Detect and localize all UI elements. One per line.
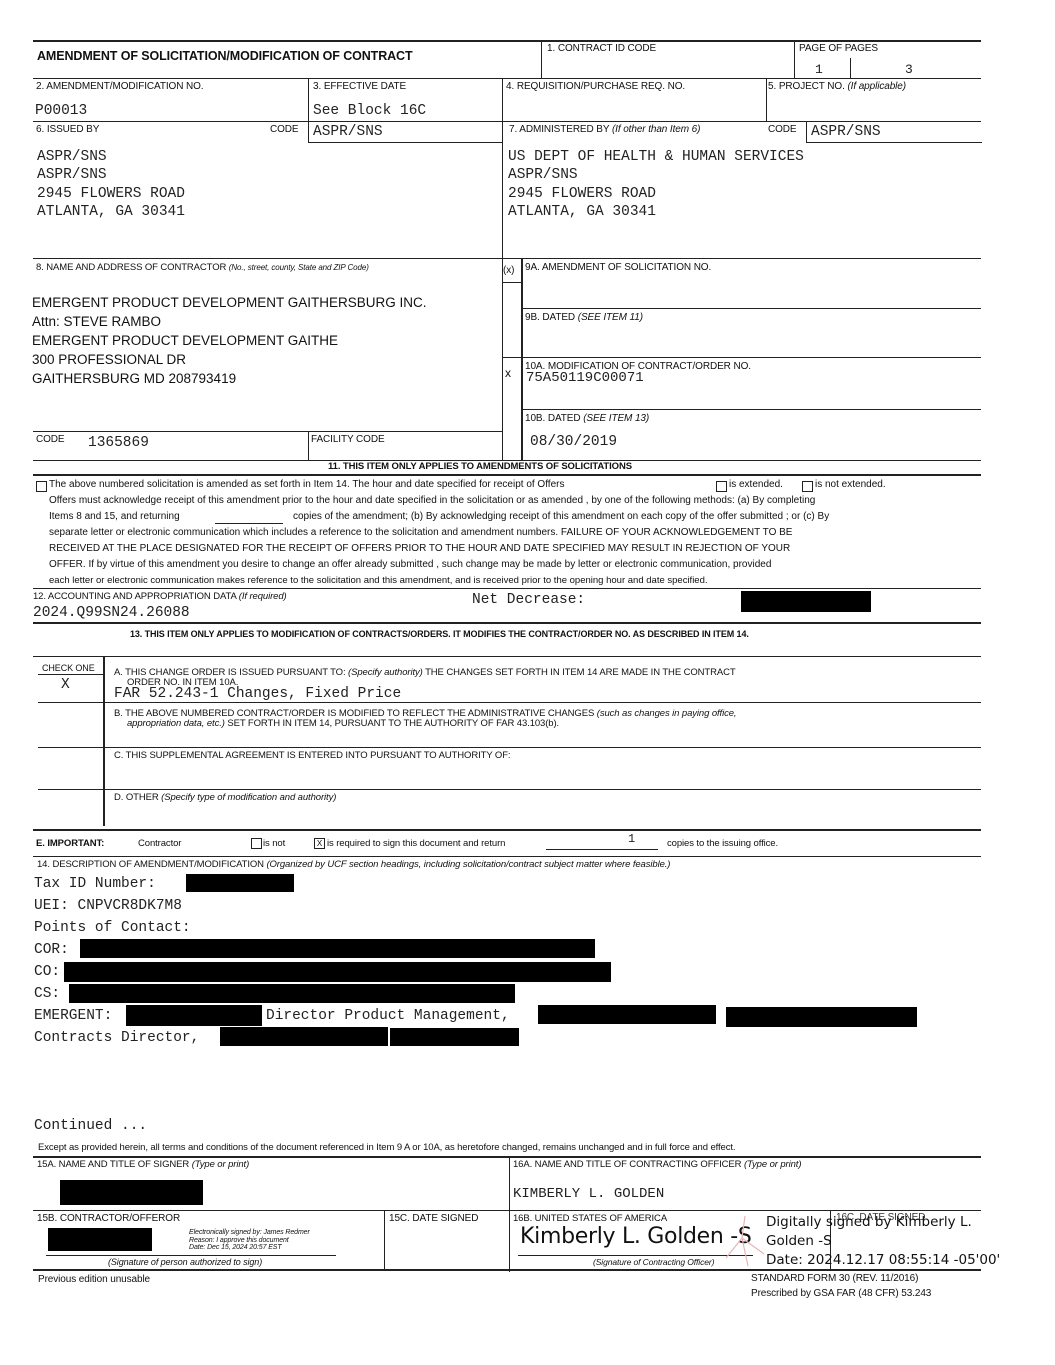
digital-sig-line: Golden -S bbox=[766, 1232, 1000, 1251]
contractor-code-label: CODE bbox=[36, 434, 65, 445]
box16a-value: KIMBERLY L. GOLDEN bbox=[513, 1186, 664, 1202]
is-not-label: is not bbox=[263, 838, 285, 849]
signature-line bbox=[518, 1255, 753, 1256]
not-extended-label: is not extended. bbox=[815, 477, 886, 493]
digital-signature-block: Digitally signed by Kimberly L. Golden -… bbox=[766, 1213, 1000, 1270]
rule bbox=[33, 622, 981, 624]
rule bbox=[33, 829, 981, 831]
rule bbox=[38, 747, 981, 748]
redacted-cs bbox=[69, 984, 515, 1003]
top-rule bbox=[33, 40, 981, 42]
previous-edition-note: Previous edition unusable bbox=[38, 1274, 150, 1285]
rule bbox=[33, 258, 981, 259]
divider bbox=[509, 1157, 510, 1272]
box10a-check: x bbox=[505, 366, 511, 380]
digital-sig-line: Digitally signed by Kimberly L. bbox=[766, 1213, 1000, 1232]
emergent-label: EMERGENT: bbox=[34, 1008, 112, 1024]
item11-line: Items 8 and 15, and returning bbox=[49, 509, 180, 525]
is-required-label: is required to sign this document and re… bbox=[327, 838, 505, 849]
except-text: Except as provided herein, all terms and… bbox=[38, 1142, 735, 1153]
address-line: ASPR/SNS bbox=[37, 166, 185, 184]
emergent-title: Director Product Management, bbox=[266, 1008, 510, 1024]
rule bbox=[33, 431, 502, 432]
is-required-checkbox[interactable]: X bbox=[314, 838, 325, 849]
copies-value: 1 bbox=[628, 832, 635, 846]
copies-blank bbox=[546, 849, 658, 850]
check-one-label: CHECK ONE bbox=[42, 663, 95, 673]
item11-line: Offers must acknowledge receipt of this … bbox=[49, 493, 815, 509]
contractor-code-value: 1365869 bbox=[88, 435, 149, 451]
cs-label: CS: bbox=[34, 986, 60, 1002]
redacted-contracts-director bbox=[220, 1027, 388, 1046]
rule bbox=[33, 856, 981, 857]
box16a-label: 16A. NAME AND TITLE OF CONTRACTING OFFIC… bbox=[513, 1159, 801, 1170]
rule bbox=[502, 357, 981, 358]
divider bbox=[308, 78, 309, 122]
copies-suffix: copies to the issuing office. bbox=[667, 838, 778, 849]
rule bbox=[38, 789, 981, 790]
item11-line: each letter or electronic communication … bbox=[49, 573, 708, 589]
signature-watermark-icon bbox=[720, 1208, 770, 1270]
box10a-value: 75A50119C00071 bbox=[526, 370, 644, 386]
address-line: 300 PROFESSIONAL DR bbox=[32, 350, 427, 369]
signature-line bbox=[46, 1255, 336, 1256]
page-number: 1 bbox=[815, 62, 823, 77]
box9b-label: 9B. DATED (SEE ITEM 11) bbox=[525, 312, 643, 323]
box16b-caption: (Signature of Contracting Officer) bbox=[593, 1257, 714, 1267]
digital-sig-line: Date: 2024.12.17 08:55:14 -05'00' bbox=[766, 1251, 1000, 1270]
rule bbox=[522, 308, 981, 309]
box7-code-label: CODE bbox=[768, 124, 797, 135]
address-line: US DEPT OF HEALTH & HUMAN SERVICES bbox=[508, 148, 804, 166]
rule bbox=[33, 78, 981, 79]
divider bbox=[308, 431, 309, 461]
facility-code-label: FACILITY CODE bbox=[311, 434, 385, 445]
item11-line: copies of the amendment; (b) By acknowle… bbox=[293, 509, 829, 525]
check-a-mark[interactable]: X bbox=[61, 677, 70, 693]
prescribed-by: Prescribed by GSA FAR (48 CFR) 53.243 bbox=[751, 1288, 931, 1299]
rule bbox=[33, 588, 981, 589]
rule bbox=[33, 474, 981, 476]
item11-line: The above numbered solicitation is amend… bbox=[49, 477, 564, 493]
address-line: Attn: STEVE RAMBO bbox=[32, 312, 427, 331]
item13-header: 13. THIS ITEM ONLY APPLIES TO MODIFICATI… bbox=[130, 629, 749, 639]
item13c: C. THIS SUPPLEMENTAL AGREEMENT IS ENTERE… bbox=[114, 750, 510, 761]
sf-number: STANDARD FORM 30 (REV. 11/2016) bbox=[751, 1273, 918, 1284]
redacted-cor bbox=[80, 939, 595, 958]
divider bbox=[384, 1210, 385, 1270]
divider bbox=[502, 78, 503, 122]
item13b-line2: appropriation data, etc.) SET FORTH IN I… bbox=[127, 718, 559, 729]
box6-code-value: ASPR/SNS bbox=[313, 124, 383, 140]
rule bbox=[522, 409, 981, 410]
rule bbox=[33, 1156, 981, 1158]
item11-line: OFFER. If by virtue of this amendment yo… bbox=[49, 557, 771, 573]
co-label: CO: bbox=[34, 964, 60, 980]
center-divider bbox=[502, 121, 503, 461]
box3-value: See Block 16C bbox=[313, 103, 426, 119]
box16b-label: 16B. UNITED STATES OF AMERICA bbox=[513, 1213, 667, 1224]
box10b-label: 10B. DATED (SEE ITEM 13) bbox=[525, 413, 649, 424]
is-not-checkbox[interactable] bbox=[251, 838, 262, 849]
contracting-officer-signature: Kimberly L. Golden -S bbox=[520, 1224, 752, 1249]
box5-label: 5. PROJECT NO. (If applicable) bbox=[768, 81, 906, 92]
box4-label: 4. REQUISITION/PURCHASE REQ. NO. bbox=[506, 81, 685, 92]
rule bbox=[33, 1269, 981, 1271]
redacted-signer-name bbox=[60, 1180, 203, 1205]
item11-line: RECEIVED AT THE PLACE DESIGNATED FOR THE… bbox=[49, 541, 790, 557]
box7-label: 7. ADMINISTERED BY (If other than Item 6… bbox=[509, 124, 700, 135]
rule bbox=[38, 674, 103, 675]
rule bbox=[38, 702, 981, 703]
page-of-pages-label: PAGE OF PAGES bbox=[799, 43, 878, 54]
tax-id-label: Tax ID Number: bbox=[34, 876, 156, 892]
box12-value: 2024.Q99SN24.26088 bbox=[33, 605, 190, 621]
address-line: EMERGENT PRODUCT DEVELOPMENT GAITHERSBUR… bbox=[32, 293, 427, 312]
redacted-emergent-name bbox=[126, 1005, 262, 1026]
address-line: ASPR/SNS bbox=[37, 148, 185, 166]
rule bbox=[33, 1210, 981, 1211]
total-pages: 3 bbox=[905, 62, 913, 77]
address-line: ATLANTA, GA 30341 bbox=[508, 203, 804, 221]
box10b-value: 08/30/2019 bbox=[530, 434, 617, 450]
address-line: GAITHERSBURG MD 208793419 bbox=[32, 369, 427, 388]
address-line: ATLANTA, GA 30341 bbox=[37, 203, 185, 221]
box7-address: US DEPT OF HEALTH & HUMAN SERVICES ASPR/… bbox=[508, 148, 804, 221]
form-title: AMENDMENT OF SOLICITATION/MODIFICATION O… bbox=[37, 49, 413, 63]
box15b-caption: (Signature of person authorized to sign) bbox=[108, 1257, 262, 1267]
contractor-esignature: Electronically signed by: James Redmer R… bbox=[189, 1229, 310, 1252]
item13a-value: FAR 52.243-1 Changes, Fixed Price bbox=[114, 686, 401, 702]
rule bbox=[502, 282, 522, 283]
item11-line: separate letter or electronic communicat… bbox=[49, 525, 792, 541]
box9a-label: 9A. AMENDMENT OF SOLICITATION NO. bbox=[525, 262, 711, 273]
box2-value: P00013 bbox=[35, 103, 87, 119]
box6-code-label: CODE bbox=[270, 124, 299, 135]
not-extended-checkbox[interactable] bbox=[802, 481, 813, 492]
x-column-label: (x) bbox=[503, 265, 514, 276]
extended-checkbox[interactable] bbox=[716, 481, 727, 492]
box15c-label: 15C. DATE SIGNED bbox=[389, 1213, 478, 1224]
redacted-co bbox=[64, 962, 611, 982]
address-line: ASPR/SNS bbox=[508, 166, 804, 184]
redacted-emergent-contact-2 bbox=[726, 1007, 917, 1027]
net-decrease-label: Net Decrease: bbox=[472, 592, 585, 608]
box6-label: 6. ISSUED BY bbox=[36, 124, 99, 135]
redacted-contractor-signature bbox=[48, 1228, 152, 1251]
box15a-label: 15A. NAME AND TITLE OF SIGNER (Type or p… bbox=[37, 1159, 249, 1170]
rule bbox=[33, 656, 981, 657]
redacted-tax-id bbox=[186, 874, 294, 892]
divider bbox=[541, 41, 542, 78]
box8-label: 8. NAME AND ADDRESS OF CONTRACTOR (No., … bbox=[36, 262, 369, 273]
item11-amended-checkbox[interactable] bbox=[36, 481, 47, 492]
box8-address: EMERGENT PRODUCT DEVELOPMENT GAITHERSBUR… bbox=[32, 293, 427, 388]
uei-line: UEI: CNPVCR8DK7M8 bbox=[34, 898, 182, 914]
contracts-director-label: Contracts Director, bbox=[34, 1030, 199, 1046]
redacted-amount bbox=[741, 591, 871, 612]
poc-label: Points of Contact: bbox=[34, 920, 191, 936]
box12-label: 12. ACCOUNTING AND APPROPRIATION DATA (I… bbox=[33, 591, 287, 602]
redacted-contracts-contact bbox=[390, 1028, 519, 1046]
important-contractor: Contractor bbox=[138, 838, 181, 849]
item11-header: 11. THIS ITEM ONLY APPLIES TO AMENDMENTS… bbox=[328, 461, 632, 472]
cor-label: COR: bbox=[34, 942, 69, 958]
box3-label: 3. EFFECTIVE DATE bbox=[313, 81, 406, 92]
contract-id-code-label: 1. CONTRACT ID CODE bbox=[547, 43, 656, 54]
box6-address: ASPR/SNS ASPR/SNS 2945 FLOWERS ROAD ATLA… bbox=[37, 148, 185, 221]
redacted-emergent-contact bbox=[538, 1005, 716, 1024]
address-line: EMERGENT PRODUCT DEVELOPMENT GAITHE bbox=[32, 331, 427, 350]
esig-line: Electronically signed by: James Redmer bbox=[189, 1229, 310, 1237]
item13d: D. OTHER (Specify type of modification a… bbox=[114, 792, 336, 803]
divider bbox=[521, 258, 523, 461]
divider bbox=[850, 58, 851, 78]
extended-label: is extended. bbox=[729, 477, 783, 493]
address-line: 2945 FLOWERS ROAD bbox=[37, 185, 185, 203]
esig-line: Reason: I approve this document bbox=[189, 1237, 310, 1245]
continued-label: Continued ... bbox=[34, 1118, 147, 1134]
important-label: E. IMPORTANT: bbox=[36, 838, 104, 849]
esig-line: Date: Dec 15, 2024 20:57 EST bbox=[189, 1244, 310, 1252]
box2-label: 2. AMENDMENT/MODIFICATION NO. bbox=[36, 81, 203, 92]
divider bbox=[766, 78, 767, 122]
box14-label: 14. DESCRIPTION OF AMENDMENT/MODIFICATIO… bbox=[37, 859, 670, 870]
address-line: 2945 FLOWERS ROAD bbox=[508, 185, 804, 203]
box15b-label: 15B. CONTRACTOR/OFFEROR bbox=[37, 1213, 180, 1224]
box7-code-value: ASPR/SNS bbox=[811, 124, 881, 140]
divider bbox=[794, 41, 795, 78]
check-column-divider bbox=[103, 656, 105, 826]
copies-blank bbox=[215, 523, 283, 524]
